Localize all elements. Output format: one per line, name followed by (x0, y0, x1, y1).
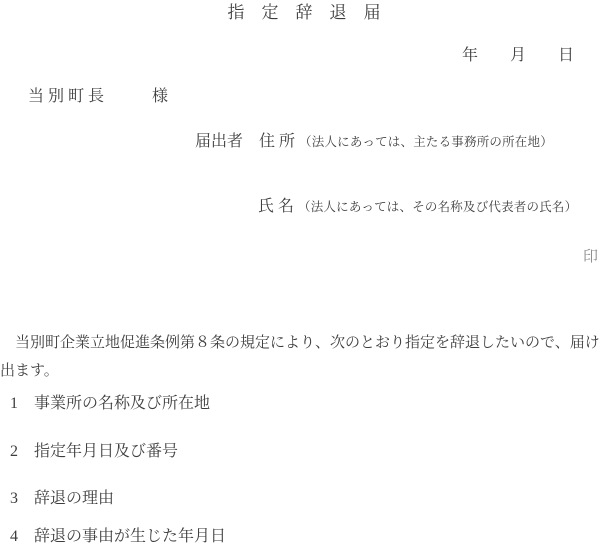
item-text: 辞退の事由が生じた年月日 (34, 527, 226, 546)
seal-placeholder: 印 (583, 245, 598, 266)
declarant-address-row: 届出者住 所（法人にあっては、主たる事務所の所在地） (195, 131, 553, 153)
body-line: 当別町企業立地促進条例第８条の規定により、次のとおり指定を辞退したいので、届け (0, 329, 608, 357)
declarant-label: 届出者 (195, 133, 243, 150)
address-note: （法人にあっては、主たる事務所の所在地） (299, 135, 553, 149)
item-number: 3 (10, 489, 18, 509)
page-title: 指 定 辞 退 届 (0, 2, 608, 24)
item-number: 2 (10, 442, 18, 462)
item-text: 事業所の名称及び所在地 (34, 394, 210, 414)
body-paragraph: 当別町企業立地促進条例第８条の規定により、次のとおり指定を辞退したいので、届け … (0, 329, 608, 385)
item-number: 1 (10, 394, 18, 414)
declarant-name-row: 氏 名（法人にあっては、その名称及び代表者の氏名） (258, 196, 577, 218)
item-number: 4 (10, 527, 18, 546)
address-label: 住 所 (259, 133, 295, 150)
item-text: 辞退の理由 (34, 489, 114, 509)
date-line: 年 月 日 (462, 46, 574, 66)
name-label: 氏 名 (258, 198, 294, 215)
document-page: 指 定 辞 退 届 年 月 日 当 別 町 長 様 届出者住 所（法人にあっては… (0, 0, 608, 546)
item-text: 指定年月日及び番号 (34, 442, 178, 462)
body-line: 出ます。 (0, 357, 608, 385)
addressee-line: 当 別 町 長 様 (28, 87, 168, 107)
name-note: （法人にあっては、その名称及び代表者の氏名） (298, 200, 577, 214)
